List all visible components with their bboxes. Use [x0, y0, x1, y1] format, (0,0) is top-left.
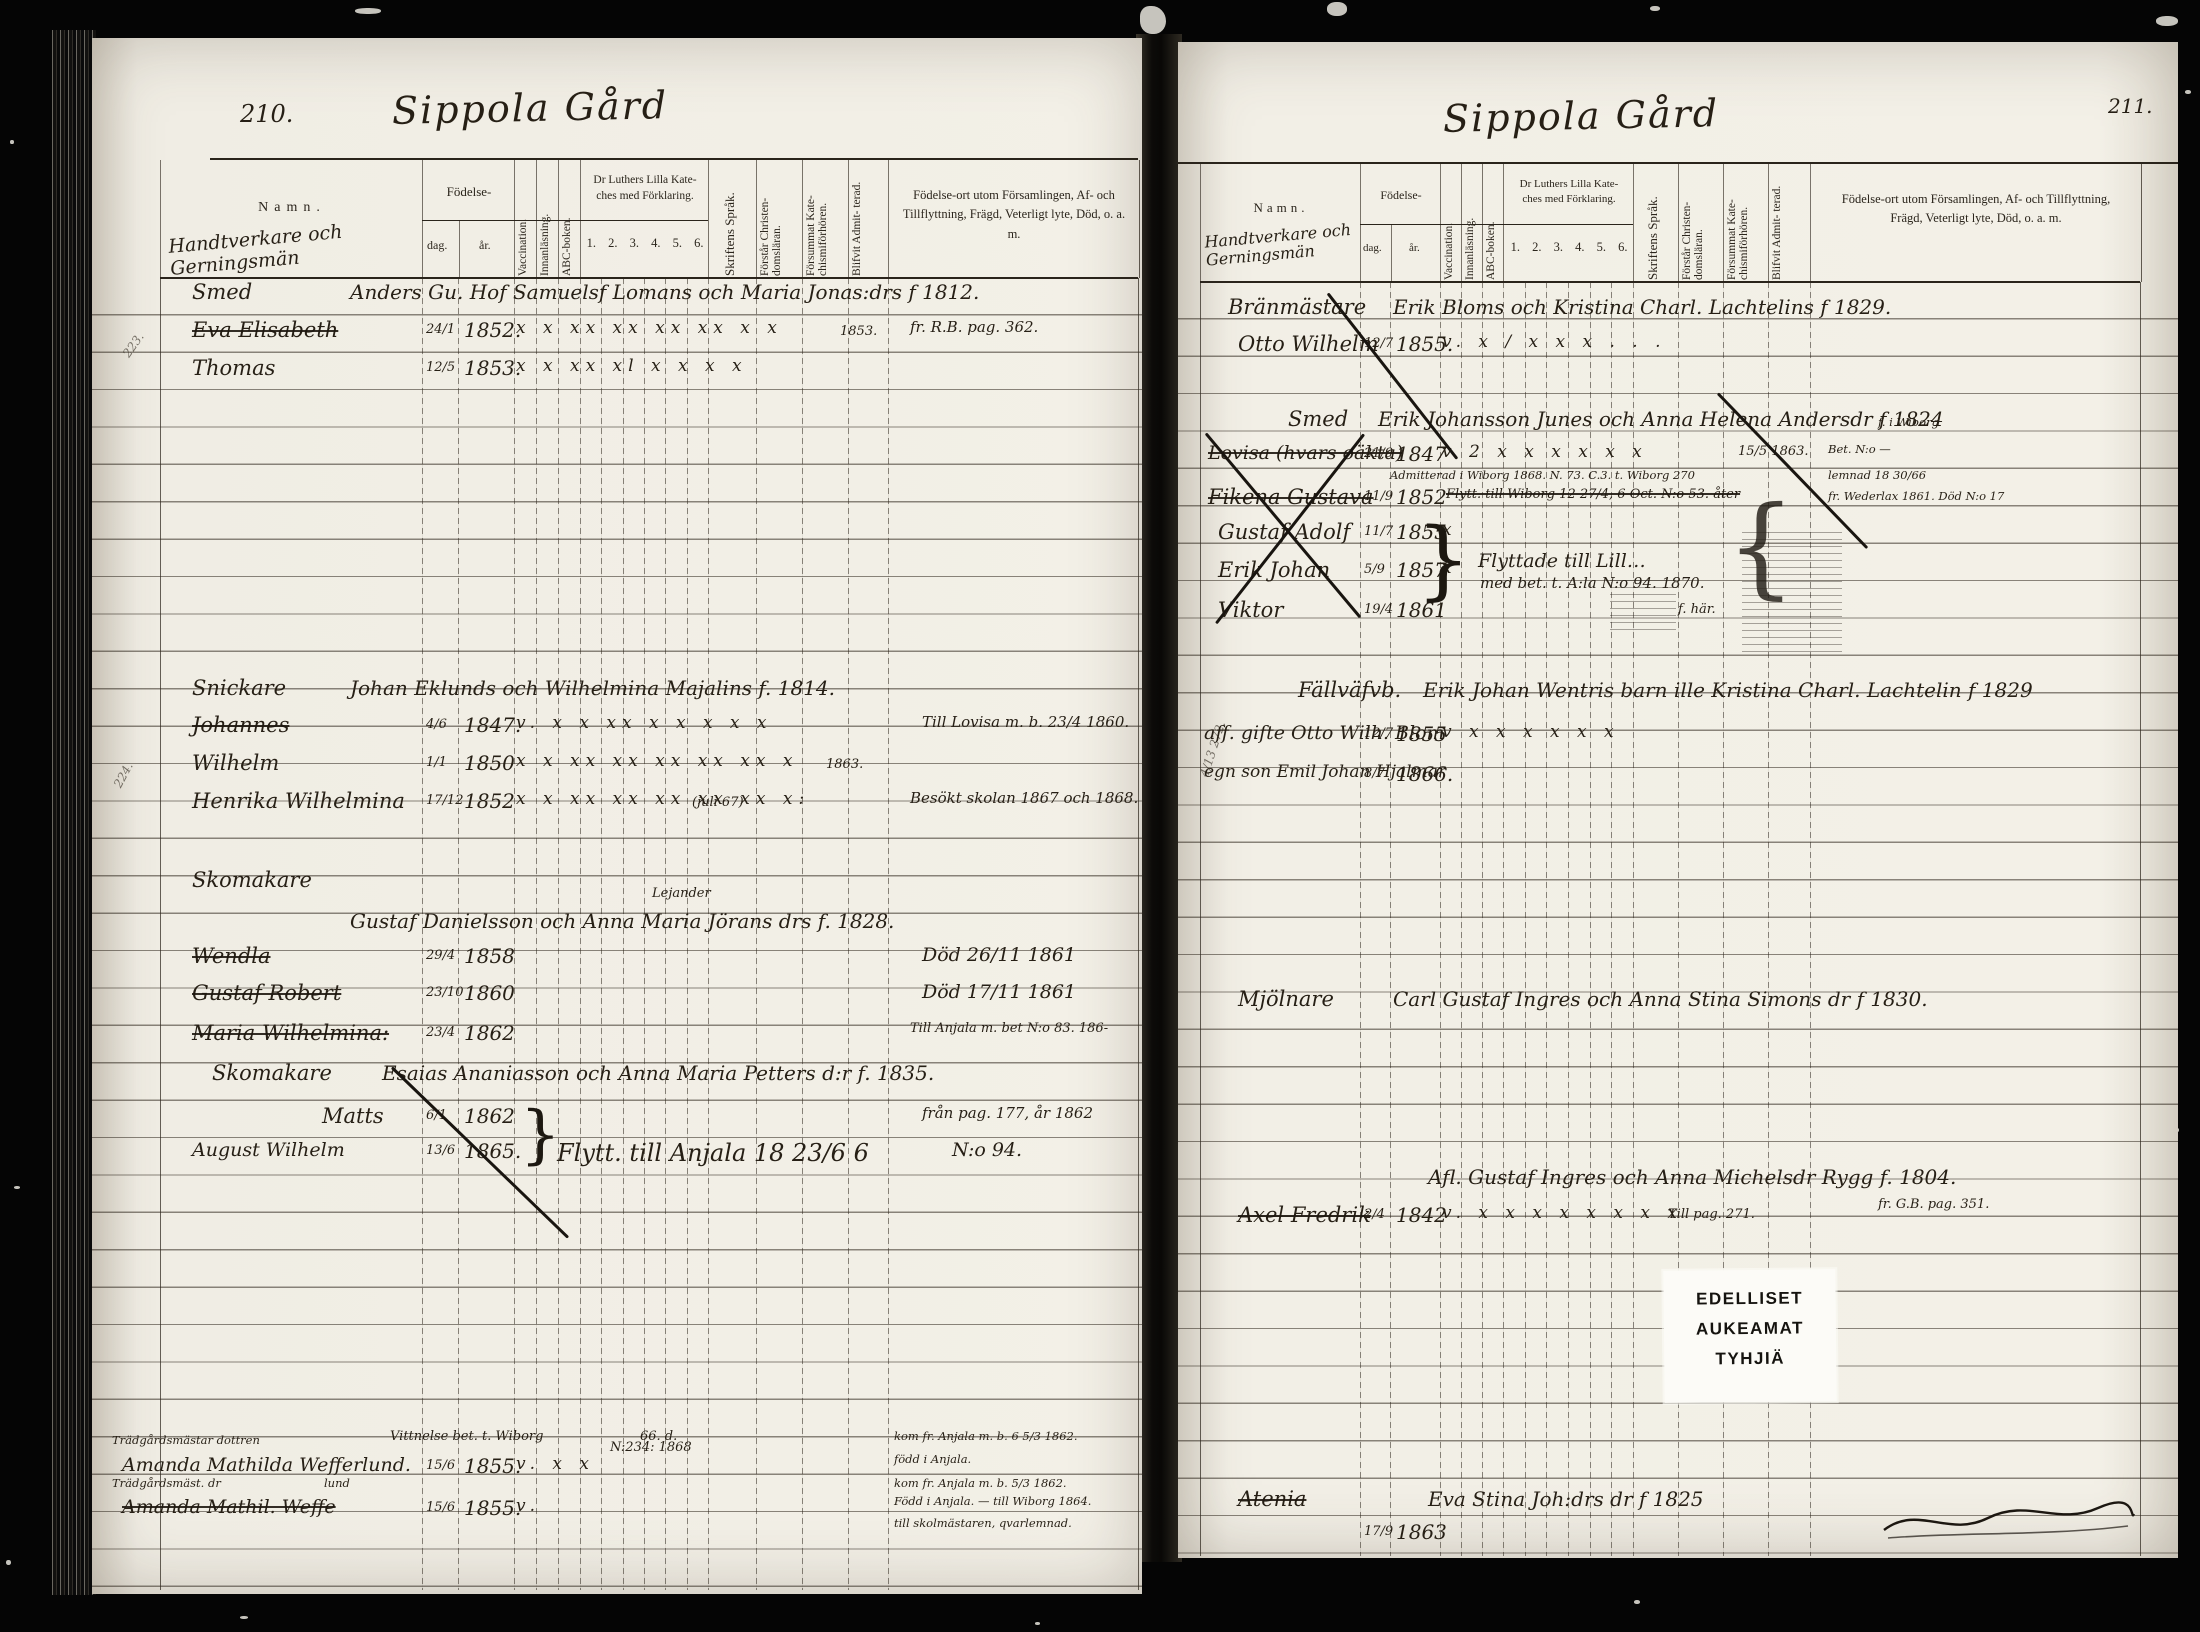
header-cell-katekes: Dr Luthers Lilla Kate- ches med Förklari… [1503, 164, 1634, 282]
table-row: Matts 6/1 1862 från pag. 177, år 1862 [92, 1104, 1142, 1138]
record-note: Död 26/11 1861 [922, 944, 1076, 966]
birth-day: 23/4 [426, 1025, 455, 1040]
exam-marks: x x xx xx xx xx xx x: [516, 789, 810, 809]
exam-marks: v. x x xx x x x x x [516, 713, 773, 733]
admitted-note: 1863. [826, 757, 863, 772]
table-row: Johannes 4/6 1847. v. x x xx x x x x x T… [92, 713, 1142, 747]
column-label-dag: dag. [1363, 242, 1382, 254]
exam-marks: v. x x [516, 1454, 595, 1474]
column-label-abc: ABC-boken. [1485, 166, 1497, 280]
book-page-stack-edge [52, 30, 96, 1595]
header-cell-forsummat: Försummat Kate- chismiförhören. [802, 160, 849, 278]
table-row: Thomas 12/5 1853. x x xx xl x x x x [92, 356, 1142, 390]
parents-line: Erik Bloms och Kristina Charl. Lachtelin… [1393, 295, 1891, 319]
scan-speck [240, 1616, 248, 1619]
scan-speck [1035, 1622, 1040, 1625]
birth-year: 1866. [1396, 762, 1453, 786]
column-label-notes: Födelse-ort utom Församlingen, Af- och T… [1811, 190, 2141, 229]
parents-line: Afl. Gustaf Ingres och Anna Michelsdr Ry… [1428, 1165, 1956, 1189]
exam-marks: v. [516, 1496, 541, 1516]
header-handwritten-subtitle: Handtverkare och Gerningsmän [168, 215, 421, 280]
header-cell-namn: Namn. Handtverkare och Gerningsmän [1200, 164, 1361, 282]
record-note: N:o 94. [952, 1139, 1022, 1161]
birth-day: 11/7 [1364, 524, 1393, 539]
table-row: August Wilhelm 13/6 1865. Flytt. till An… [92, 1139, 1142, 1173]
record-note: Död 17/11 1861 [922, 981, 1076, 1003]
parents-line: Gustaf Danielsson och Anna Maria Jörans … [350, 909, 894, 933]
header-cell-vaccination: Vaccination. [514, 160, 537, 278]
birth-year: 1850 [464, 751, 515, 775]
entry-name: Henrika Wilhelmina [192, 789, 405, 813]
record-note: till skolmästaren, qvarlemnad. [894, 1516, 1072, 1530]
column-label-skriftens: Skriftens Språk. [1646, 166, 1660, 280]
table-row: Fikena Gustava 11/9 1852 Flytt. till Wib… [1178, 485, 2178, 519]
table-row: Wilhelm 1/1 1850 x x xx xx xx xx xx x 18… [92, 751, 1142, 785]
header-cell-blifvit: Blifvit Admit- terad. [1768, 164, 1811, 282]
parents-line: Carl Gustaf Ingres och Anna Stina Simons… [1393, 987, 1928, 1011]
admitted-note: (juli 67) [692, 795, 744, 810]
table-body: Smed Anders Gu. Hof Samuelsf Lomans och … [92, 278, 1142, 1590]
section-label: Smed [192, 280, 252, 304]
record-note: Bet. N:o — [1828, 442, 1891, 456]
header-cell-blifvit: Blifvit Admit- terad. [848, 160, 889, 278]
exam-marks: x x xx xx xx xx x x [516, 318, 783, 338]
birth-day: 12/5 [426, 360, 455, 375]
column-label-innanlasning: Innanläsning. [539, 162, 551, 276]
page-number: 210. [240, 100, 293, 128]
certificate-note: Vittnelse bet. t. Wiborg [390, 1429, 543, 1444]
header-cell-innanlasning: Innanläsning. [1461, 164, 1483, 282]
record-note: från pag. 177, år 1862 [922, 1104, 1093, 1122]
right-page: 211. Sippola Gård Namn. Handtverkare och… [1178, 42, 2178, 1558]
header-cell-skriftens: Skriftens Språk. [708, 160, 757, 278]
page-number: 211. [2108, 94, 2153, 118]
entry-name: Otto Wilhelm [1238, 332, 1379, 356]
column-label-vaccination: Vaccination. [517, 162, 529, 276]
entry-name: Matts [322, 1104, 384, 1128]
entry-name: Atenia [1238, 1487, 1306, 1511]
section-label: Mjölnare [1238, 987, 1334, 1011]
column-label-forsummat: Försummat Kate- chismiförhören. [1726, 166, 1767, 280]
scan-speck [2185, 90, 2191, 94]
pencil-scribbles [1610, 580, 1676, 630]
header-cell-notes: Födelse-ort utom Församlingen, Af- och T… [888, 160, 1140, 278]
birth-day: 15/6 [426, 1458, 455, 1473]
entry-name: August Wilhelm [192, 1139, 345, 1161]
column-label-katekes-1: Dr Luthers Lilla Kate- [581, 174, 709, 186]
birth-day: 2/4 [1364, 1207, 1385, 1222]
section-label: Skomakare [212, 1061, 332, 1085]
annotation-row: till skolmästaren, qvarlemnad. [92, 1516, 1142, 1550]
column-label-innanlasning: Innanläsning. [1464, 166, 1476, 280]
exam-marks: x x xx xx xx xx xx x [516, 751, 798, 771]
record-note: född i Anjala. [894, 1452, 971, 1466]
table-row: Viktor 19/4 1861 f. här. [1178, 598, 2178, 632]
birth-year: 1863 [1396, 1520, 1447, 1544]
column-label-ar: år. [1409, 242, 1420, 254]
column-label-notes: Födelse-ort utom Församlingen, Af- och T… [889, 186, 1139, 244]
birth-day: 15/6 [426, 1500, 455, 1515]
birth-day: 17/12 [426, 793, 463, 808]
page-title: Sippola Gård [392, 83, 669, 133]
birth-year: 1847. [464, 713, 521, 737]
exam-marks: v. x / x x x . . . [1442, 332, 1667, 352]
entry-name: Johannes [192, 713, 289, 737]
exam-marks: v x x x x x x [1442, 722, 1620, 742]
migration-note: Flyttade till Lill… [1478, 550, 1646, 572]
table-row: aff. gifte Otto Wilh. Blom 12/7 1855 v x… [1178, 722, 2178, 756]
admitted-note: 1853. [840, 324, 877, 339]
header-cell-fodelse: Födelse- dag. år. [422, 160, 515, 278]
birth-day: 5/9 [1364, 562, 1385, 577]
exam-marks: x x xx xl x x x x [516, 356, 748, 376]
header-cell-katekes: Dr Luthers Lilla Kate- ches med Förklari… [580, 160, 709, 278]
column-label-katekes-numbers: 1. 2. 3. 4. 5. 6. [581, 236, 709, 251]
header-cell-skriftens: Skriftens Språk. [1633, 164, 1679, 282]
record-note: fr. G.B. pag. 351. [1878, 1197, 1989, 1212]
header-cell-abc: ABC-boken. [558, 160, 581, 278]
column-label-namn: Namn. [1201, 200, 1361, 216]
column-label-blifvit: Blifvit Admit- terad. [851, 162, 887, 276]
section-label: Smed [1288, 407, 1348, 431]
column-label-fodelse: Födelse- [423, 184, 515, 200]
birth-day: 29/4 [426, 948, 455, 963]
parents-line: Erik Johan Wentris barn ille Kristina Ch… [1423, 678, 2033, 702]
section-row: Bränmästare Erik Bloms och Kristina Char… [1178, 295, 2178, 329]
torn-paper-bit [1140, 6, 1166, 34]
birth-day: 4/6 [426, 717, 447, 732]
birth-year: 1852 [1396, 485, 1447, 509]
column-label-katekes-1: Dr Luthers Lilla Kate- [1504, 178, 1634, 190]
header-cell-notes: Födelse-ort utom Församlingen, Af- och T… [1810, 164, 2142, 282]
birth-day: 17/9 [1364, 1524, 1393, 1539]
pencil-scribbles [1742, 532, 1842, 652]
birth-day: 13/6 [426, 1143, 455, 1158]
birth-day: 21/9 [1364, 446, 1393, 461]
record-note: fr. R.B. pag. 362. [910, 318, 1038, 336]
table-row: Otto Wilhelm 12/7 1855. v. x / x x x . .… [1178, 332, 2178, 366]
entry-name: Gustaf Robert [192, 981, 341, 1005]
record-note: fr. Wederlax 1861. Död N:o 17 [1828, 489, 2004, 503]
exam-marks: v. x x x x x x x x [1442, 1203, 1683, 1223]
scan-speck [10, 140, 14, 144]
column-label-forstar: Förstår Christen- domsläran. [759, 162, 801, 276]
column-label-forsummat: Försummat Kate- chismiförhören. [805, 162, 847, 276]
header-cell-forstar: Förstår Christen- domsläran. [756, 160, 803, 278]
table-row: Erik Johan 5/9 1857 x Flyttade till Lill… [1178, 558, 2178, 592]
column-label-katekes-2: ches med Förklaring. [1504, 193, 1634, 205]
scan-speck [355, 8, 381, 14]
stamp-line: EDELLISET [1663, 1283, 1835, 1315]
migration-note: Flytt. till Anjala 18 23/6 6 [557, 1139, 869, 1167]
birth-year: 1842 [1396, 1203, 1447, 1227]
birth-day: 23/10 [426, 985, 463, 1000]
signature-flourish [1878, 1492, 2138, 1548]
table-row: Gustaf Adolf 11/7 1855 x [1178, 520, 2178, 554]
column-label-blifvit: Blifvit Admit- terad. [1771, 166, 1809, 280]
section-label: Fällväfvb. [1298, 678, 1401, 702]
migration-note: Admitterad i Wiborg 1868. N. 73. C.3. t.… [1390, 468, 1695, 482]
scan-speck [2156, 16, 2178, 26]
table-row: Eva Elisabeth 24/1 1852. x x xx xx xx xx… [92, 318, 1142, 352]
header-cell-innanlasning: Innanläsning. [536, 160, 559, 278]
stamp-line: AUKEAMAT [1664, 1313, 1836, 1345]
entry-name: Wilhelm [192, 751, 279, 775]
parents-line: Erik Johansson Junes och Anna Helena And… [1378, 407, 1944, 431]
book-binding-gutter [1136, 34, 1182, 1562]
entry-name: Amanda Mathilda Wefferlund. [122, 1454, 411, 1476]
birth-day: 11/9 [1364, 489, 1393, 504]
brace-glyph: } [1416, 510, 1471, 610]
section-label: Snickare [192, 676, 286, 700]
header-cell-fodelse: Födelse- dag. år. [1360, 164, 1441, 282]
section-row: Skomakare Esaias Ananiasson och Anna Mar… [92, 1061, 1142, 1095]
scan-speck [1327, 2, 1347, 16]
migration-note: Till pag. 271. [1668, 1207, 1755, 1222]
left-page: 210. Sippola Gård Namn. Handtverkare och… [92, 38, 1142, 1594]
parents-line: Eva Stina Joh:drs dr f 1825 [1428, 1487, 1704, 1511]
birth-day: 1/1 [426, 755, 447, 770]
migration-note: Flytt. till Wiborg 12 27/4, 6 Oct. N:o 5… [1446, 487, 1740, 502]
scan-speck [14, 1186, 20, 1189]
column-label-fodelse: Födelse- [1361, 188, 1441, 203]
column-label-skriftens: Skriftens Språk. [723, 162, 737, 276]
section-row: Gustaf Danielsson och Anna Maria Jörans … [92, 909, 1142, 943]
stamp-line: TYHJIÄ [1664, 1343, 1836, 1375]
column-label-katekes-numbers: 1. 2. 3. 4. 5. 6. [1504, 240, 1634, 255]
column-label-dag: dag. [427, 238, 447, 253]
column-label-namn: Namn. [161, 200, 423, 216]
table-row: Axel Fredrik 2/4 1842 v. x x x x x x x x… [1178, 1203, 2178, 1237]
record-note: kom fr. Anjala m. b. 6 5/3 1862. [894, 1429, 1078, 1443]
parents-line: Johan Eklunds och Wilhelmina Majalins f.… [350, 676, 835, 700]
record-note: Till Anjala m. bet N:o 83. 186- [910, 1021, 1108, 1036]
column-label-katekes-2: ches med Förklaring. [581, 190, 709, 202]
birth-year: 1852. [464, 318, 521, 342]
occupation-note: lund [324, 1476, 350, 1490]
record-note: Född i Anjala. — till Wiborg 1864. [894, 1494, 1091, 1508]
record-note: lemnad 18 30/66 [1828, 468, 1926, 482]
record-note: f. här. [1678, 602, 1716, 617]
header-cell-vaccination: Vaccination. [1440, 164, 1462, 282]
birth-day: 8/7 [1364, 766, 1385, 781]
occupation-note: Trädgårdsmäst. dr [112, 1476, 221, 1490]
section-row: Fällväfvb. Erik Johan Wentris barn ille … [1178, 678, 2178, 712]
header-cell-forsummat: Försummat Kate- chismiförhören. [1723, 164, 1769, 282]
birth-year: 1853. [464, 356, 521, 380]
record-note: kom fr. Anjala m. b. 5/3 1862. [894, 1476, 1067, 1490]
birth-year: 1860 [464, 981, 515, 1005]
exam-marks: v 2 x x x x x x [1442, 442, 1648, 462]
entry-name: Eva Elisabeth [192, 318, 338, 342]
birth-year: 1862 [464, 1021, 515, 1045]
section-row: Smed Anders Gu. Hof Samuelsf Lomans och … [92, 280, 1142, 314]
table-row: Henrika Wilhelmina 17/12 1852 x x xx xx … [92, 789, 1142, 823]
page-title: Sippola Gård [1443, 91, 1720, 141]
certificate-note: N:234: 1868 [610, 1440, 692, 1455]
header-handwritten-subtitle: Handtverkare och Gerningsmän [1204, 218, 1382, 270]
scan-speck [6, 1560, 11, 1565]
scanned-parish-register: 210. Sippola Gård Namn. Handtverkare och… [0, 0, 2200, 1632]
parents-line: Esaias Ananiasson och Anna Maria Petters… [382, 1061, 934, 1085]
entry-name: Wendla [192, 944, 271, 968]
header-cell-forstar: Förstår Christen- domsläran. [1678, 164, 1724, 282]
record-note: Till Lovisa m. b. 23/4 1860. [922, 713, 1129, 731]
header-cell-namn: Namn. Handtverkare och Gerningsmän [160, 160, 423, 278]
birth-year: 1862 [464, 1104, 515, 1128]
correction-above: Lejander [652, 886, 711, 901]
birth-year: 1847 [1396, 442, 1447, 466]
column-label-ar: år. [479, 238, 491, 253]
scan-speck [1650, 6, 1660, 11]
birth-day: 12/7 [1364, 726, 1393, 741]
section-row: Afl. Gustaf Ingres och Anna Michelsdr Ry… [1178, 1165, 2178, 1199]
section-row: Mjölnare Carl Gustaf Ingres och Anna Sti… [1178, 987, 2178, 1021]
entry-name: Amanda Mathil. Weffe [122, 1496, 336, 1518]
archive-stamp: EDELLISET AUKEAMAT TYHJIÄ [1663, 1269, 1836, 1403]
parents-line: Anders Gu. Hof Samuelsf Lomans och Maria… [350, 280, 979, 304]
record-note: Besökt skolan 1867 och 1868. [910, 789, 1138, 807]
header-cell-abc: ABC-boken. [1482, 164, 1504, 282]
entry-name: Thomas [192, 356, 275, 380]
column-label-abc: ABC-boken. [561, 162, 573, 276]
section-row: Snickare Johan Eklunds och Wilhelmina Ma… [92, 676, 1142, 710]
entry-name: Axel Fredrik [1238, 1203, 1371, 1227]
table-row: Maria Wilhelmina: 23/4 1862 Till Anjala … [92, 1021, 1142, 1055]
birth-year: 1855 [1396, 722, 1447, 746]
scan-speck [1634, 1600, 1640, 1604]
record-note: f. i Wiborg [1878, 415, 1939, 429]
birth-day: 19/4 [1364, 602, 1393, 617]
table-row: Gustaf Robert 23/10 1860 Död 17/11 1861 [92, 981, 1142, 1015]
entry-name: Fikena Gustava [1208, 485, 1374, 509]
brace-glyph: } [520, 1098, 561, 1172]
column-label-forstar: Förstår Christen- domsläran. [1681, 166, 1722, 280]
column-label-vaccination: Vaccination. [1443, 166, 1455, 280]
table-row: egn son Emil Johan Hjalmar 8/7 1866. [1178, 762, 2178, 796]
section-row: Smed Erik Johansson Junes och Anna Helen… [1178, 407, 2178, 441]
birth-year: 1852 [464, 789, 515, 813]
table-header: Namn. Handtverkare och Gerningsmän Födel… [92, 160, 1142, 278]
table-header: Namn. Handtverkare och Gerningsmän Födel… [1178, 164, 2178, 282]
birth-year: 1858 [464, 944, 515, 968]
birth-day: 24/1 [426, 322, 455, 337]
birth-year: 1855. [464, 1454, 521, 1478]
occupation-note: Trädgårdsmästar dottren [112, 1433, 260, 1447]
entry-name: Maria Wilhelmina: [192, 1021, 389, 1045]
table-row: Wendla 29/4 1858 Död 26/11 1861 [92, 944, 1142, 978]
